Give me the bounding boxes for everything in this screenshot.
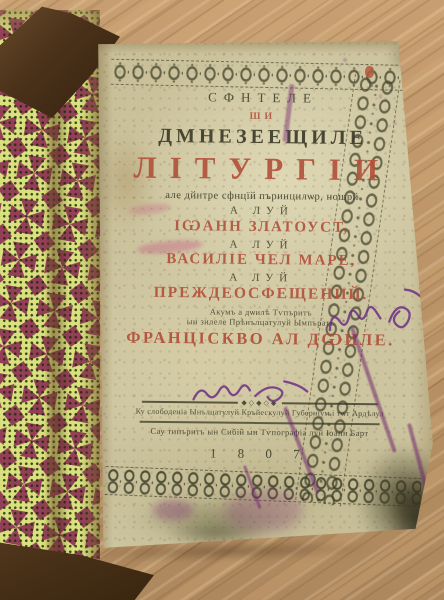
imprint-line-1: Ку слободеніа Ынълцатулуй Кръйескулуй Гу… — [112, 406, 408, 418]
line-sfintele: СФНТЕЛЕ — [115, 88, 411, 107]
imprint-rule — [140, 421, 380, 425]
line-liturgii-title: ЛІТУРГІИ — [114, 149, 410, 188]
imprint-line-2: Сау типъритъ ын Сибій ын Тѵпографіа луй … — [112, 425, 408, 438]
photo-of-antique-book-on-table: СФНТЕЛЕ ШИ ДМНЕЗЕЕЩИЛЕ ЛІТУРГІИ але дйнт… — [0, 0, 444, 600]
line-ioann-zlatoust: ІѠАНН ЗЛАТОУСТ, — [114, 217, 410, 237]
ink-wash-2 — [153, 500, 193, 520]
title-page: СФНТЕЛЕ ШИ ДМНЕЗЕЕЩИЛЕ ЛІТУРГІИ але дйнт… — [93, 38, 438, 552]
line-subtitle: але дйнтре сфнцїй пъринцилѡр, нощрй — [114, 189, 410, 203]
ink-spot-2 — [379, 94, 382, 99]
rust-spot — [365, 66, 374, 78]
ink-spot-3 — [393, 122, 397, 125]
line-dumnezeestile: ДМНЕЗЕЕЩИЛЕ — [115, 124, 411, 150]
ink-spot-1 — [343, 58, 347, 62]
ink-wash-1 — [225, 490, 303, 532]
line-shi: ШИ — [115, 109, 411, 123]
